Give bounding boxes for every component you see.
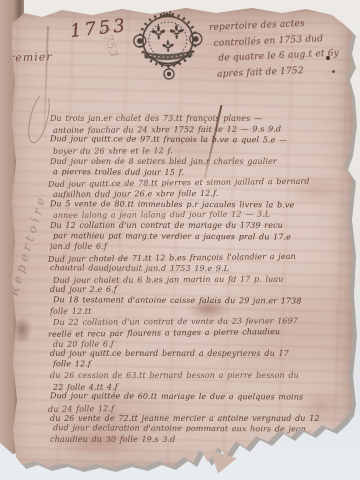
aged-edge-vignette xyxy=(0,0,360,480)
manuscript-photo: 1753 1753 premier xyxy=(0,0,360,480)
manuscript-page: 1753 1753 premier xyxy=(0,0,360,480)
